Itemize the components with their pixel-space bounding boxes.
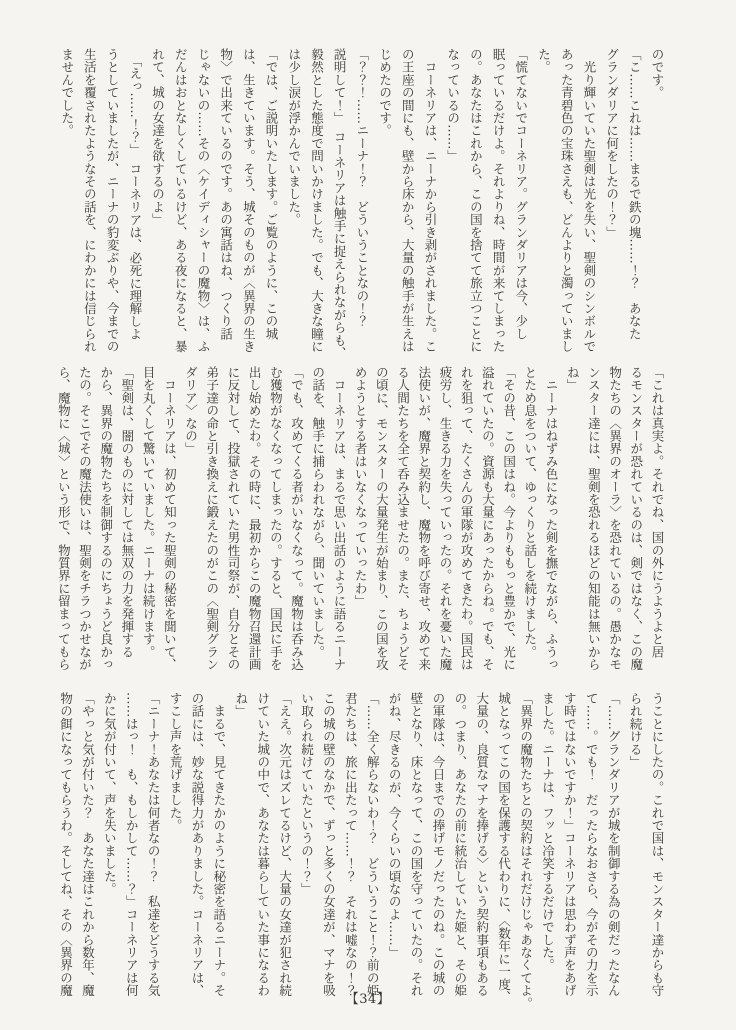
text-line: 城となってこの国を保護する代わりに、〈数年に一度、 <box>493 692 515 990</box>
text-line: は少し涙が浮かんでいました。 <box>282 48 305 351</box>
page-number: 【34】 <box>0 988 736 1007</box>
text-line: コーネリアは、ニーナから引き剥がされました。こ <box>418 48 441 351</box>
text-line: い取られ続けていたというの！？」 <box>296 692 318 990</box>
text-line: 「……グランダリアが城を制御する為の剣だったなん <box>602 692 624 990</box>
text-line: 「えっ……！？」 コーネリアは、必死に理解しよ <box>123 48 146 351</box>
text-line: ら、魔物に〈城〉という形で、物質界に留まってもら <box>53 366 74 669</box>
text-line: られ続ける」 <box>624 692 646 990</box>
text-line: 法使いが、魔界と契約し、魔物を呼び寄せ、攻めて来 <box>414 366 435 669</box>
text-line: の。つまり、あなたの前に統治していた姫と、その姫 <box>449 692 471 990</box>
text-line: コーネリアは、初めて知った聖剣の秘密を聞いて、 <box>159 366 180 669</box>
text-line: は、生きています。そう、城そのものが〈異界の生き <box>237 48 260 351</box>
text-line: ね」 <box>230 692 252 990</box>
text-line: 目を丸くして驚いていました。ニーナは続けます。 <box>138 366 159 669</box>
text-line: 溢れていたの。資源も大量にあったからね。でも、そ <box>477 366 498 669</box>
text-line: ……はっ！ も、もしかして……？」コーネリアは何 <box>120 692 142 990</box>
text-line: なっているの……」 <box>441 48 464 351</box>
book-page: のです。「こ……これは……まるで鉄の塊……！？ あなたグランダリアに何をしたの！… <box>0 0 736 1030</box>
text-line: だんはおとなしくしているけど、ある夜になると、暴 <box>169 48 192 351</box>
text-line: コーネリアは、まるで思い出話のように語るニーナ <box>329 366 350 669</box>
text-line: 「でも、攻めてくる者がいなくなって。魔物は呑み込 <box>286 366 307 669</box>
text-line: うとしていましたが、ニーナの豹変ぶりや、今までの <box>100 48 123 351</box>
text-line: るモンスターが恐れているのは、剣ではなく、この魔 <box>626 366 647 669</box>
text-line: この城の壁のなかで、ずっと多くの女達が、マナを吸 <box>318 692 340 990</box>
text-line: 「やっと気が付いた？ あなた達はこれから数年、魔 <box>77 692 99 990</box>
text-line: うことにしたの。これで国は、モンスター達からも守 <box>646 692 668 990</box>
text-line: ニーナはねずみ色になった剣を撫でながら、ふうっ <box>541 366 562 669</box>
text-line: 壁となり、床となって、この国を守っていたの。それ <box>405 692 427 990</box>
text-line: ダリア〉なの」 <box>180 366 201 669</box>
text-line: の軍隊は、今日までの捧げモノだったのね。この城の <box>427 692 449 990</box>
text-line: 説明して！」 コーネリアは触手に捉えられながらも、 <box>327 48 350 351</box>
text-line: の王座の間にも、壁から床から、大量の触手が生えは <box>396 48 419 351</box>
text-line: 出し始めたわ。その時に、最初からこの魔物召還計画 <box>244 366 265 669</box>
text-line: のです。 <box>645 48 668 351</box>
text-line: 「聖剣は、闇のものに対しては無双の力を発揮する <box>117 366 138 669</box>
text-line: 物たちの〈異界のオーラ〉を恐れているの。愚かなモ <box>604 366 625 669</box>
text-line: 「異界の魔物たちとの契約はそれだけじゃあなくてよ。 <box>515 692 537 990</box>
text-line: まるで、見てきたかのように秘密を語るニーナ。そ <box>208 692 230 990</box>
text-line: 「ニーナ！あなたは何者なの！？ 私達をどうする気 <box>142 692 164 990</box>
text-line: がね、尽きるのが、今くらいの頃なのよ……」 <box>383 692 405 990</box>
text-line: 「？？！……ニーナ！？ どういうことなの！？ <box>350 48 373 351</box>
text-line: 毅然とした態度で問いかけました。でも、大きな瞳に <box>305 48 328 351</box>
text-line: じめたのです。 <box>373 48 396 351</box>
text-line: かに気が付いて、声を失いました。 <box>98 692 120 990</box>
text-line: に反対して、投獄されていた男性司祭が、自分とその <box>223 366 244 669</box>
text-block-bottom: うことにしたの。これで国は、モンスター達からも守られ続ける」「……グランダリアが… <box>55 692 668 990</box>
text-line: 疲労し、生きる力を失っていったの。それを憂いた魔 <box>435 366 456 669</box>
text-line: の話を、触手に捕らわれながら、聞いていました。 <box>308 366 329 669</box>
text-line: 「これは真実よ。それでね、国の外にうようよと居 <box>647 366 668 669</box>
text-line: 「……全く解らないわ！？ どういうこと！？前の姫 <box>361 692 383 990</box>
text-line: けていた城の中で、あなたは暮らしていた事になるわ <box>252 692 274 990</box>
text-line: 君たちは、旅に出たって……！？ それは嘘なの！？ <box>339 692 361 990</box>
text-line: る人間たちを全て呑み込ませたの。また、ちょうどそ <box>392 366 413 669</box>
text-line: 「慌てないでコーネリア。グランダリアは今、少し <box>509 48 532 351</box>
text-line: ました。ニーナは、フッと冷笑するだけでした。 <box>537 692 559 990</box>
text-line: あった青碧色の宝珠さえも、どんよりと濁っていまし <box>554 48 577 351</box>
text-line: 眠っているだけよ。それよりね、時間が来てしまった <box>486 48 509 351</box>
text-line: ませんでした。 <box>55 48 78 351</box>
text-block-top: のです。「こ……これは……まるで鉄の塊……！？ あなたグランダリアに何をしたの！… <box>55 48 668 351</box>
text-line: 物〉で出来ているのです。あの寓話はね、つくり話 <box>214 48 237 351</box>
text-line: の頃に、モンスターの大量発生が始まり、この国を攻 <box>371 366 392 669</box>
text-line: から、異界の魔物たちを制御するのにちょうど良かっ <box>96 366 117 669</box>
text-line: て……。でも！ だったらなおさら、今がその力を示 <box>580 692 602 990</box>
text-line: の。あなたはこれから、この国を捨てて旅立つことに <box>464 48 487 351</box>
text-line: たの。そこでその魔法使いは、聖剣をチラつかせなが <box>74 366 95 669</box>
text-line: 大量の、良質なマナを捧げる〉という契約事項もある <box>471 692 493 990</box>
text-line: れて、城の女達を欲するのよ」 <box>146 48 169 351</box>
text-line: グランダリアに何をしたの！？」 <box>600 48 623 351</box>
text-line: ンスター達には、聖剣を恐れるほどの知能は無いから <box>583 366 604 669</box>
text-line: すこし声を荒げました。 <box>164 692 186 990</box>
text-line: 物の餌になってもらうわ。そしてね、その〈異界の魔 <box>55 692 77 990</box>
text-line: とため息をついて、ゆっくりと話しを続けました。 <box>520 366 541 669</box>
text-line: 「その昔、この国はね。今よりももっと豊かで、光に <box>498 366 519 669</box>
text-line: の話には、妙な説得力がありました。コーネリアは、 <box>186 692 208 990</box>
text-line: 「ええ。次元はズレてるけど、大量の女達が犯され続 <box>274 692 296 990</box>
text-line: 「こ……これは……まるで鉄の塊……！？ あなた <box>623 48 646 351</box>
text-line: 光り輝いていた聖剣は光を失い、聖剣のシンボルで <box>577 48 600 351</box>
text-line: めようとする者はいなくなっていったわ」 <box>350 366 371 669</box>
text-block-middle: 「これは真実よ。それでね、国の外にうようよと居るモンスターが恐れているのは、剣で… <box>53 366 668 669</box>
text-line: す時ではないですか！」コーネリアは思わず声をあげ <box>558 692 580 990</box>
text-line: た。 <box>532 48 555 351</box>
text-line: ね」 <box>562 366 583 669</box>
text-line: む獲物がなくなってしまったの。すると、国民に手を <box>265 366 286 669</box>
text-line: 弟子達の命と引き換えに鍛えたのがこの〈聖剣グラン <box>202 366 223 669</box>
text-line: 生活を覆されたようなその話を、にわかには信じられ <box>78 48 101 351</box>
text-line: れを狙って、たくさんの軍隊が攻めてきたわ。国民は <box>456 366 477 669</box>
text-line: 「では、ご説明いたします。ご覧のように、この城 <box>259 48 282 351</box>
text-line: じゃないの……その〈ケイディシャーの魔物〉は、ふ <box>191 48 214 351</box>
